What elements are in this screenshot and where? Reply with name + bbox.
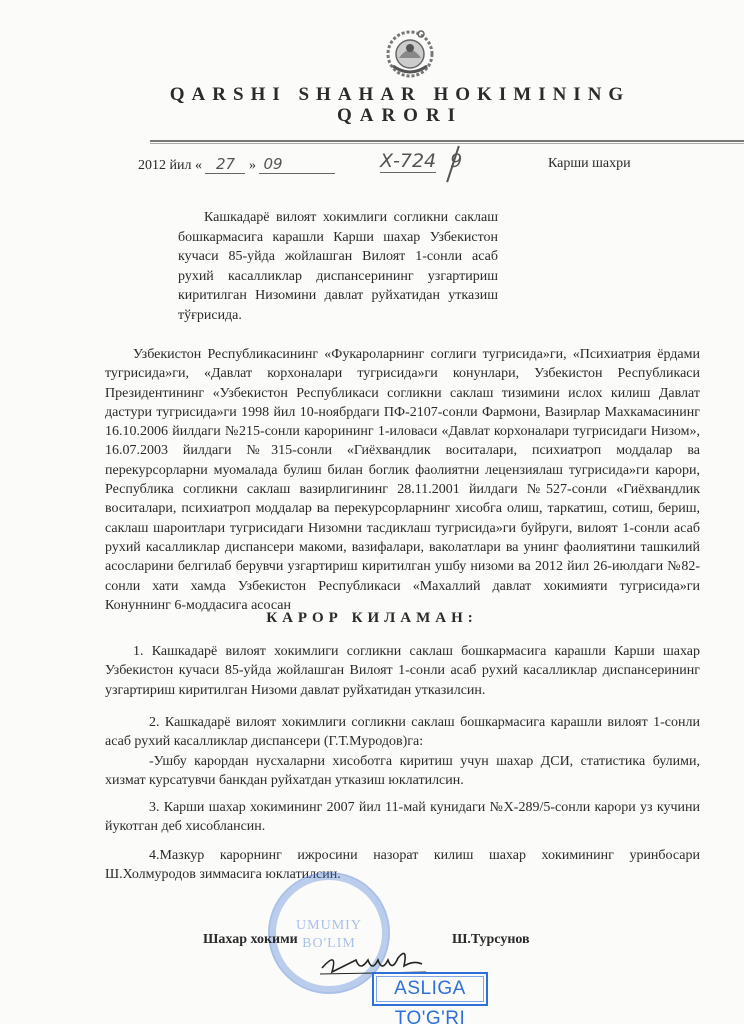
signatory-name: Ш.Турсунов (452, 932, 530, 948)
date-line: 2012 йил « 27 » 09 (138, 155, 335, 174)
certified-copy-stamp: ASLIGA TO'G'RI (372, 972, 488, 1006)
decree-item-2-sub: -Ушбу карордан нусхаларни хисоботга кири… (105, 752, 700, 791)
header-rule (150, 140, 744, 142)
date-month: 09 (259, 155, 335, 174)
decree-item-3: 3. Карши шахар хокимининг 2007 йил 11-ма… (105, 798, 700, 837)
decree-item-4: 4.Мазкур карорнинг ижросини назорат кили… (105, 846, 700, 885)
signatory-title: Шахар хокими (203, 932, 298, 948)
state-emblem-icon (385, 28, 435, 78)
header-rule-thin (150, 143, 744, 144)
decree-item-2: 2. Кашкадарё вилоят хокимлиги согликни с… (105, 713, 700, 790)
date-day-close: » (249, 158, 256, 173)
decree-item-1: 1. Кашкадарё вилоят хокимлиги согликни с… (105, 642, 700, 700)
date-day: 27 (205, 155, 245, 174)
city-name: Карши шахри (548, 156, 631, 172)
org-title: QARSHI SHAHAR HOKIMINING (60, 84, 740, 106)
year-prefix: 2012 йил « (138, 158, 202, 173)
decree-subject: Кашкадарё вилоят хокимлиги согликни сакл… (178, 208, 498, 325)
document-type-title: QARORI (60, 105, 740, 127)
preamble-paragraph: Узбекистон Республикасининг «Фукароларни… (105, 345, 700, 615)
decree-heading: КАРОР КИЛАМАН: (0, 610, 744, 627)
